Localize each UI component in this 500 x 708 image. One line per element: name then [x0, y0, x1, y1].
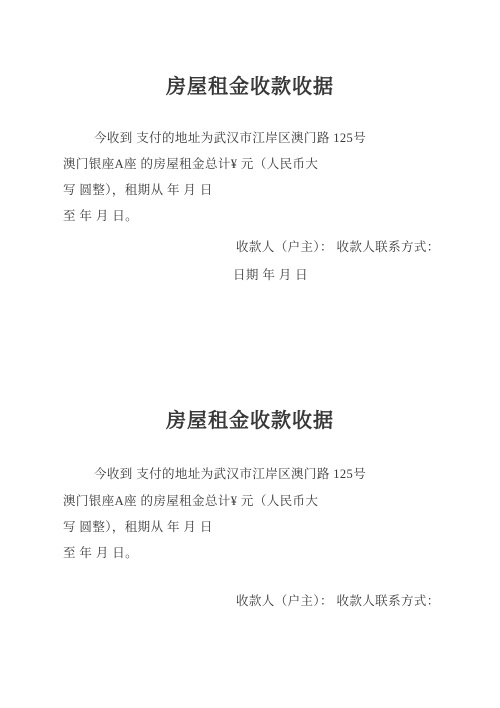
receipt-body-line-building: 澳门银座A座 的房屋租金总计¥ 元（人民币大 [63, 157, 318, 172]
receipt-body-line-amount: 写 圆整），租期从 年 月 日 [63, 520, 213, 535]
receipt-body-line-until: 至 年 月 日。 [63, 209, 138, 224]
receipt-payee-line: 收款人（户主）： 收款人联系方式： [236, 594, 440, 609]
receipt-body-line-received: 今收到 支付的地址为武汉市江岸区澳门路 125号 [94, 131, 366, 146]
receipt-body-line-amount: 写 圆整），租期从 年 月 日 [63, 183, 213, 198]
document-page: 房屋租金收款收据 今收到 支付的地址为武汉市江岸区澳门路 125号 澳门银座A座… [0, 0, 500, 708]
receipt-date-line: 日期 年 月 日 [233, 268, 308, 283]
receipt-payee-line: 收款人（户主）： 收款人联系方式： [236, 240, 440, 255]
receipt-title: 房屋租金收款收据 [0, 410, 500, 432]
receipt-title: 房屋租金收款收据 [0, 76, 500, 98]
receipt-body-line-until: 至 年 月 日。 [63, 546, 138, 561]
receipt-body-line-building: 澳门银座A座 的房屋租金总计¥ 元（人民币大 [63, 494, 318, 509]
receipt-body-line-received: 今收到 支付的地址为武汉市江岸区澳门路 125号 [94, 467, 366, 482]
